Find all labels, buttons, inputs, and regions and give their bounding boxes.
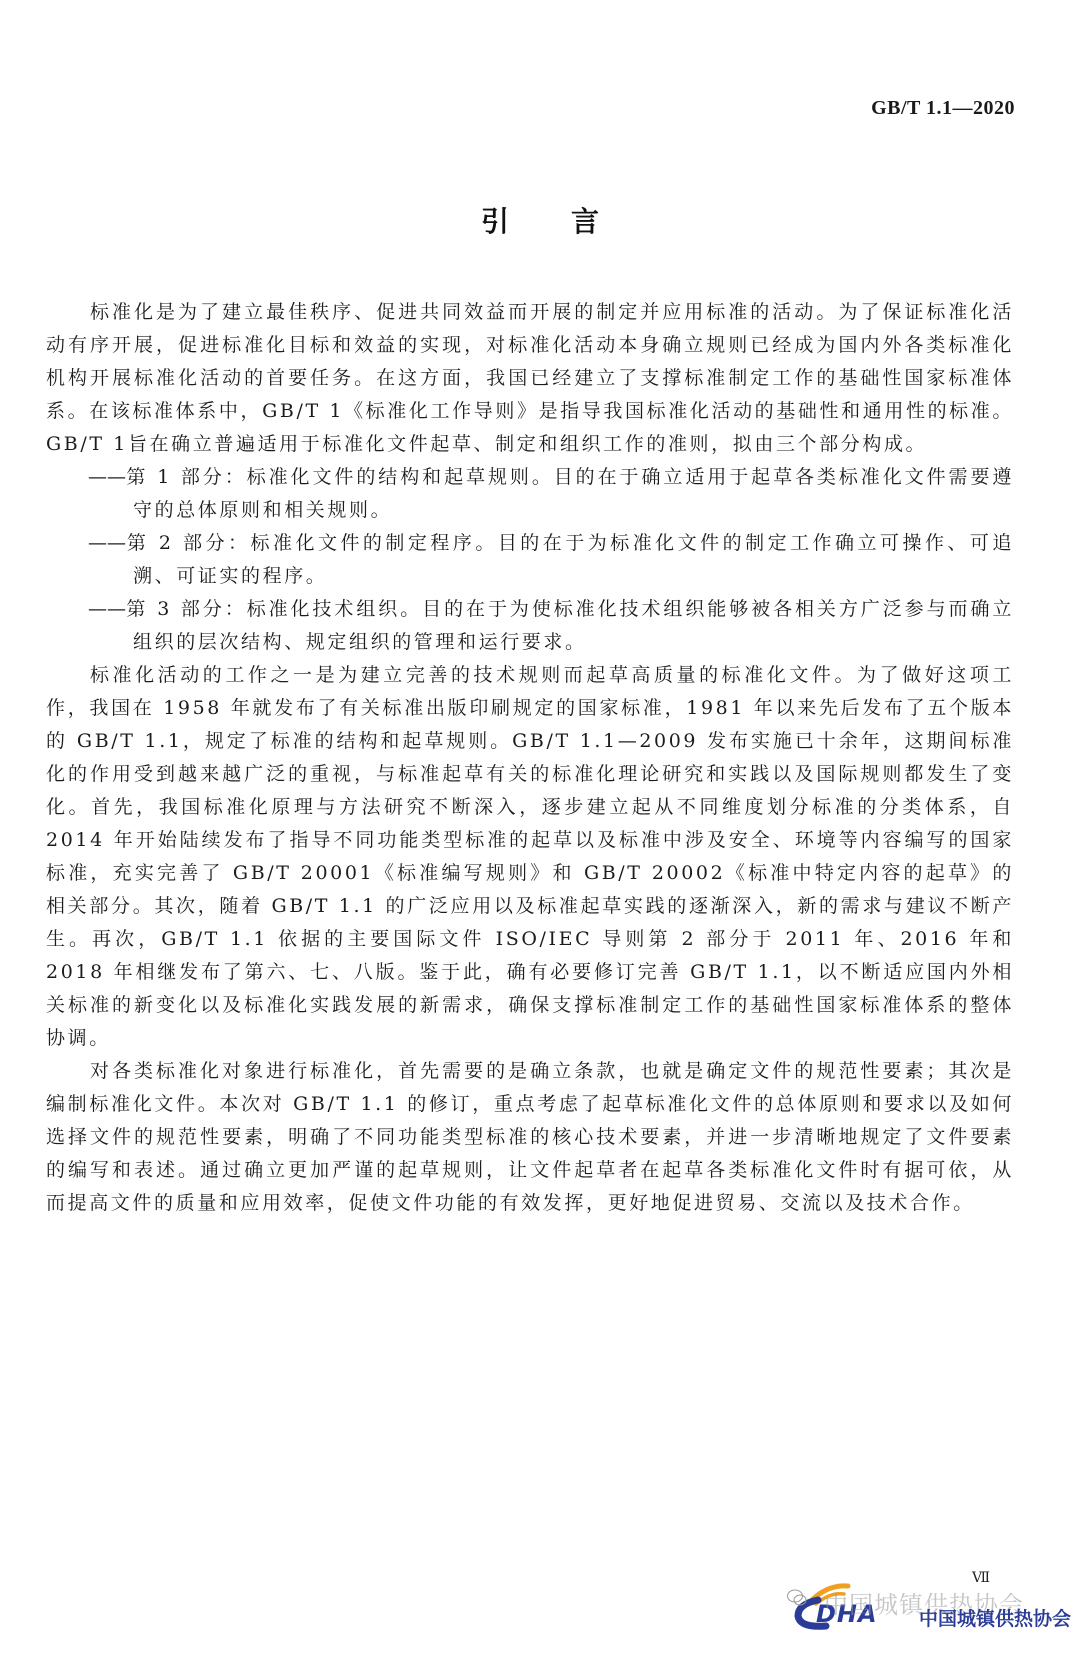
standard-code: GB/T 1.1—2020 [871, 97, 1015, 120]
paragraph-revision: 对各类标准化对象进行标准化，首先需要的是确立条款，也就是确定文件的规范性要素；其… [46, 1055, 1014, 1220]
list-item-part-2: ——第 2 部分：标准化文件的制定程序。目的在于为标准化文件的制定工作确立可操作… [46, 527, 1014, 593]
logo-organization-name: 中国城镇供热协会 [919, 1604, 1071, 1631]
list-item-part-3: ——第 3 部分：标准化技术组织。目的在于为使标准化技术组织能够被各相关方广泛参… [46, 593, 1014, 659]
paragraph-history: 标准化活动的工作之一是为建立完善的技术规则而起草高质量的标准化文件。为了做好这项… [46, 659, 1014, 1055]
document-body: 标准化是为了建立最佳秩序、促进共同效益而开展的制定并应用标准的活动。为了保证标准… [46, 296, 1014, 1220]
wechat-icon [786, 1587, 808, 1609]
dash-bullet: —— [88, 598, 126, 620]
dash-bullet: —— [88, 466, 126, 488]
list-item-text: 第 3 部分：标准化技术组织。目的在于为使标准化技术组织能够被各相关方广泛参与而… [126, 598, 1014, 653]
list-item-part-1: ——第 1 部分：标准化文件的结构和起草规则。目的在于确立适用于起草各类标准化文… [46, 461, 1014, 527]
list-item-text: 第 2 部分：标准化文件的制定程序。目的在于为标准化文件的制定工作确立可操作、可… [126, 532, 1014, 587]
page-title: 引言 [0, 200, 1080, 240]
list-item-text: 第 1 部分：标准化文件的结构和起草规则。目的在于确立适用于起草各类标准化文件需… [126, 466, 1014, 521]
watermark-logo: DHA 中国城镇供热协会 中国城镇供热协会 [786, 1582, 1056, 1630]
dash-bullet: —— [88, 532, 126, 554]
paragraph-intro: 标准化是为了建立最佳秩序、促进共同效益而开展的制定并应用标准的活动。为了保证标准… [46, 296, 1014, 461]
